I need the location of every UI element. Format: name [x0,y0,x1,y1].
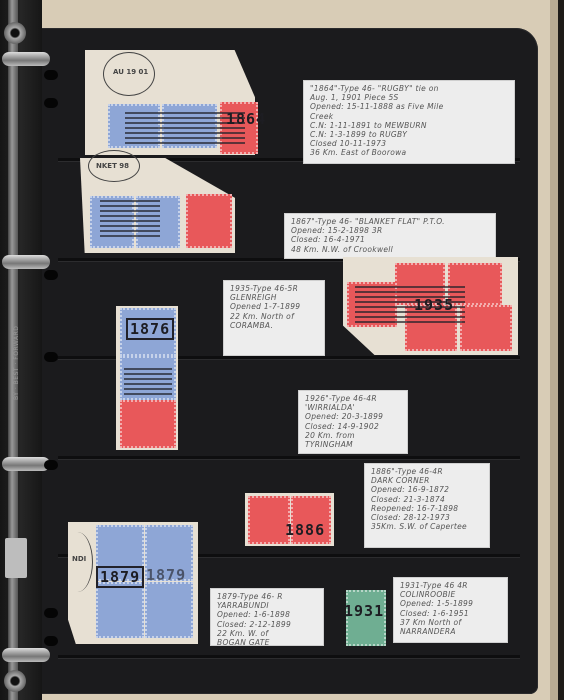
punch-hole [44,270,58,280]
punch-hole [44,636,58,646]
stamp-red-1d[interactable] [460,305,512,351]
numeral-cancel: 1879 [96,566,144,588]
label-card-colinroobie: 1931-Type 46 4R COLINROOBIE Opened: 1-5-… [393,577,508,643]
label-card-wirrialda: 1926"-Type 46-4R 'WIRRIALDA' Opened: 20-… [298,390,408,454]
numeral-cancel: 1876 [126,318,174,340]
numeral-cancel: 1931 [344,602,384,620]
label-card-glenreagh: 1935-Type 46-5R GLENREIGH Opened 1-7-189… [223,280,325,356]
label-card-dark-corner: 1886"-Type 46-4R DARK CORNER Opened: 16-… [364,463,490,548]
punch-hole [44,608,58,618]
numeral-cancel: 1886 [285,521,325,539]
spine-label: BY · BEST · FORWARD [13,310,23,400]
punch-hole [44,70,58,80]
strip-divider [58,456,520,460]
label-card-yarrabundi: 1879-Type 46- R YARRABUNDI Opened: 1-6-1… [210,588,324,646]
barred-cancel [124,368,172,396]
numeral-cancel: 1935 [414,296,454,314]
ring-boss-icon [4,670,26,692]
stamp-red-1d[interactable] [186,194,232,248]
binder-ring[interactable] [2,255,50,269]
label-card-rugby: "1864"-Type 46- "RUGBY" tie on Aug. 1, 1… [303,80,515,164]
stamp-red-1d[interactable] [120,400,176,448]
punch-hole [44,98,58,108]
binder-ring[interactable] [2,457,50,471]
punch-hole [44,352,58,362]
stamp-blue-2d[interactable] [96,582,144,638]
numeral-cancel: 1879 [146,566,186,584]
binder-ring[interactable] [2,52,50,66]
ring-boss-icon [4,22,26,44]
binder-ring[interactable] [2,648,50,662]
stamp-blue-2d[interactable] [145,582,193,638]
punch-hole [44,460,58,470]
strip-divider [58,655,520,659]
label-card-blanket-flat: 1867"-Type 46- "BLANKET FLAT" P.T.O. Ope… [284,213,496,259]
barred-cancel [100,200,160,240]
postmark-date: AU 19 01 [113,68,148,76]
binder-edge [558,0,564,700]
postmark-date: NDI [72,555,86,563]
spine-label-tab [5,538,27,578]
stamp-red-1d[interactable] [248,496,290,544]
numeral-cancel: 1864 [226,110,266,128]
postmark-date: NKET 98 [96,162,129,170]
